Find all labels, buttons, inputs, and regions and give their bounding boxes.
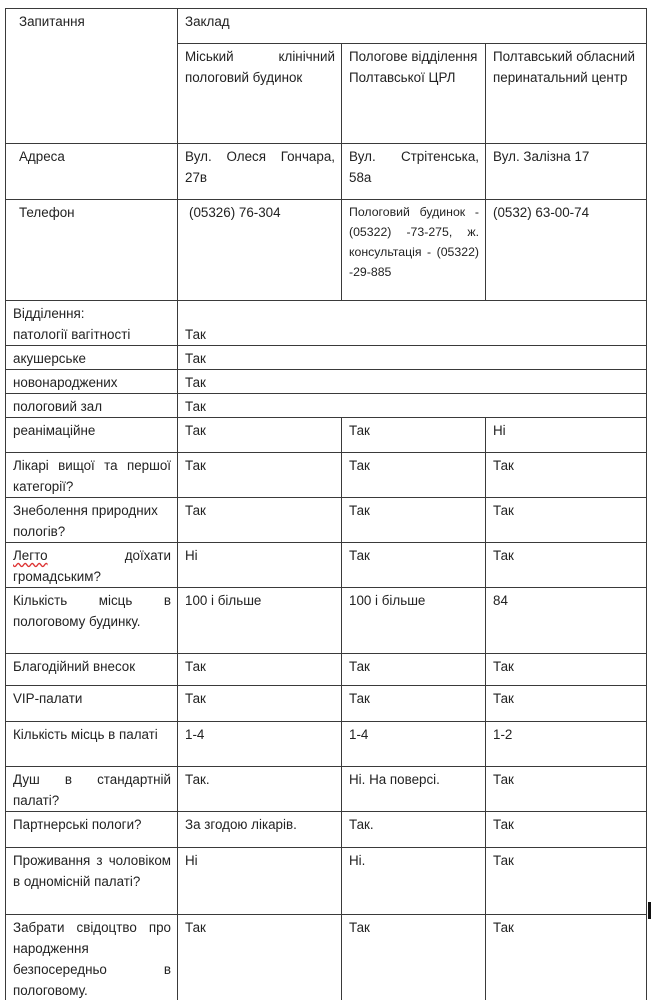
table-cell[interactable]: 84: [486, 588, 647, 654]
table-cell[interactable]: Так: [178, 654, 342, 686]
departments-heading: Відділення:: [13, 303, 171, 324]
table-cell[interactable]: Ні. На поверсі.: [342, 767, 486, 812]
row-label[interactable]: Благодійний внесок: [6, 654, 178, 686]
table-cell[interactable]: Так: [342, 418, 486, 453]
header-question-text: Запитання: [19, 14, 85, 29]
table-row: реанімаційне Так Так Ні: [6, 418, 647, 453]
table-cell[interactable]: Так: [342, 498, 486, 543]
table-cell[interactable]: Так: [486, 686, 647, 722]
table-header-row: Запитання Заклад: [6, 9, 647, 44]
department-label[interactable]: акушерське: [6, 346, 178, 370]
table-cell[interactable]: Так: [178, 418, 342, 453]
table-row: Душ в стандартній палаті? Так. Ні. На по…: [6, 767, 647, 812]
header-institution-cell[interactable]: Заклад: [178, 9, 647, 44]
table-cell[interactable]: За згодою лікарів.: [178, 812, 342, 848]
table-row: Телефон (05326) 76-304 Пологовий будинок…: [6, 200, 647, 301]
table-cell[interactable]: Так: [178, 453, 342, 498]
table-row: Лікарі вищої та першої категорії? Так Та…: [6, 453, 647, 498]
table-cell[interactable]: Так.: [342, 812, 486, 848]
row-label[interactable]: Забрати свідоцтво про народження безпосе…: [6, 915, 178, 1000]
header-institution-text: Заклад: [185, 14, 230, 29]
table-cell[interactable]: Так: [486, 654, 647, 686]
table-row: Проживання з чоловіком в одномісній пала…: [6, 848, 647, 915]
table-row: новонароджених Так: [6, 370, 647, 394]
table-row: Забрати свідоцтво про народження безпосе…: [6, 915, 647, 1000]
table-row: пологовий зал Так: [6, 394, 647, 418]
table-row: Партнерські пологи? За згодою лікарів. Т…: [6, 812, 647, 848]
table-cell[interactable]: Так: [178, 394, 647, 418]
table-row: Легто доїхати громадським? Ні Так Так: [6, 543, 647, 588]
table-cell[interactable]: 1-4: [178, 722, 342, 767]
row-label[interactable]: Знеболення природних пологів?: [6, 498, 178, 543]
table-cell[interactable]: Ні: [486, 418, 647, 453]
department-value: Так: [185, 324, 640, 345]
table-cell[interactable]: Так: [178, 370, 647, 394]
row-label[interactable]: VIP-палати: [6, 686, 178, 722]
row-label[interactable]: Лікарі вищої та першої категорії?: [6, 453, 178, 498]
table-row: акушерське Так: [6, 346, 647, 370]
table-cell[interactable]: Ні.: [342, 848, 486, 915]
table-cell[interactable]: Так: [178, 686, 342, 722]
table-cell[interactable]: Так: [342, 543, 486, 588]
table-row: Кількість місць в палаті 1-4 1-4 1-2: [6, 722, 647, 767]
row-label[interactable]: Кількість місць в пологовому будинку.: [6, 588, 178, 654]
table-cell[interactable]: Так.: [178, 767, 342, 812]
table-cell[interactable]: Так: [486, 767, 647, 812]
table-cell[interactable]: Так: [486, 453, 647, 498]
table-cell[interactable]: Вул. Залізна 17: [486, 144, 647, 200]
table-row: Адреса Вул. Олеся Гончара, 27в Вул. Стрі…: [6, 144, 647, 200]
department-label[interactable]: новонароджених: [6, 370, 178, 394]
institution-name-cell[interactable]: Полтавський обласний перинатальний центр: [486, 44, 647, 144]
table-cell[interactable]: Ні: [178, 848, 342, 915]
row-label[interactable]: Партнерські пологи?: [6, 812, 178, 848]
table-cell[interactable]: Так: [178, 301, 647, 346]
table-cell[interactable]: (05326) 76-304: [178, 200, 342, 301]
text-cursor: [648, 902, 651, 919]
table-cell[interactable]: 100 і більше: [178, 588, 342, 654]
table-row: VIP-палати Так Так Так: [6, 686, 647, 722]
department-label: патології вагітності: [13, 324, 171, 345]
table-cell[interactable]: Ні: [178, 543, 342, 588]
row-label[interactable]: Легто доїхати громадським?: [6, 543, 178, 588]
department-label[interactable]: пологовий зал: [6, 394, 178, 418]
table-cell[interactable]: 1-2: [486, 722, 647, 767]
row-label[interactable]: реанімаційне: [6, 418, 178, 453]
comparison-table: Запитання Заклад Міський клінічний полог…: [5, 8, 647, 1000]
table-cell[interactable]: Так: [486, 812, 647, 848]
row-label-departments[interactable]: Відділення:патології вагітності: [6, 301, 178, 346]
table-cell[interactable]: (0532) 63-00-74: [486, 200, 647, 301]
table-cell[interactable]: Так: [178, 346, 647, 370]
table-cell[interactable]: Вул. Олеся Гончара, 27в: [178, 144, 342, 200]
table-row: Благодійний внесок Так Так Так: [6, 654, 647, 686]
row-label[interactable]: Кількість місць в палаті: [6, 722, 178, 767]
row-label-phone[interactable]: Телефон: [6, 200, 178, 301]
institution-name-cell[interactable]: Міський клінічний пологовий будинок: [178, 44, 342, 144]
row-label[interactable]: Проживання з чоловіком в одномісній пала…: [6, 848, 178, 915]
table-row: Відділення:патології вагітності Так: [6, 301, 647, 346]
misspelled-word[interactable]: Легто: [13, 548, 48, 563]
table-cell[interactable]: Так: [486, 498, 647, 543]
header-question-cell[interactable]: Запитання: [6, 9, 178, 144]
table-cell[interactable]: 1-4: [342, 722, 486, 767]
table-row: Знеболення природних пологів? Так Так Та…: [6, 498, 647, 543]
table-row: Кількість місць в пологовому будинку. 10…: [6, 588, 647, 654]
table-cell[interactable]: Пологовий будинок - (05322) -73-275, ж. …: [342, 200, 486, 301]
table-cell[interactable]: Так: [342, 453, 486, 498]
table-cell[interactable]: 100 і більше: [342, 588, 486, 654]
table-cell[interactable]: Так: [486, 848, 647, 915]
table-cell[interactable]: Так: [342, 915, 486, 1000]
table-cell[interactable]: Так: [178, 915, 342, 1000]
table-cell[interactable]: Так: [178, 498, 342, 543]
table-cell[interactable]: Так: [342, 686, 486, 722]
row-label[interactable]: Душ в стандартній палаті?: [6, 767, 178, 812]
institution-name-cell[interactable]: Пологове відділення Полтавської ЦРЛ: [342, 44, 486, 144]
row-label-address[interactable]: Адреса: [6, 144, 178, 200]
table-cell[interactable]: Вул. Стрітенська, 58а: [342, 144, 486, 200]
table-cell[interactable]: Так: [342, 654, 486, 686]
table-cell[interactable]: Так: [486, 543, 647, 588]
table-cell[interactable]: Так: [486, 915, 647, 1000]
